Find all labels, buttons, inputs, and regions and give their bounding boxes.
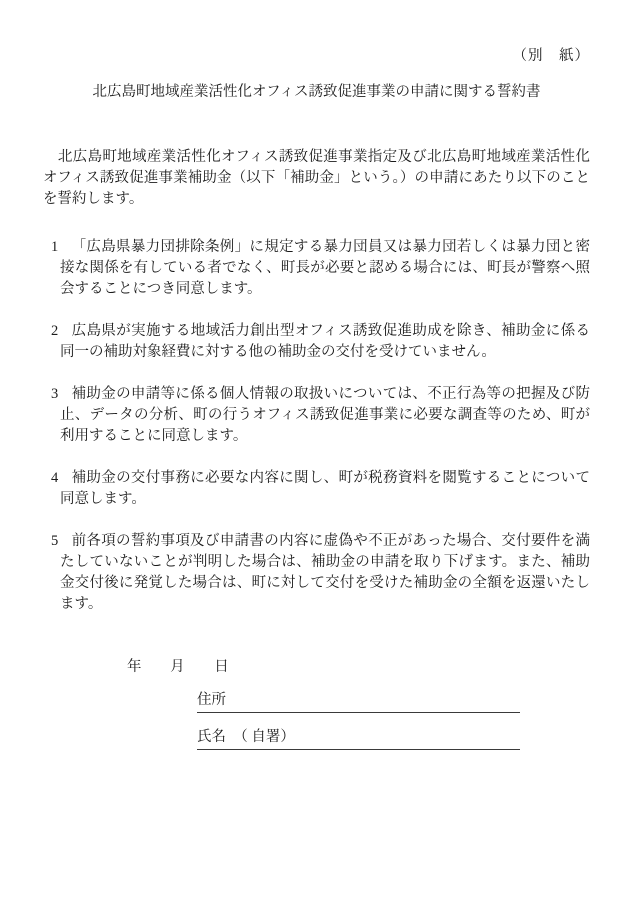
item-number: 3 <box>51 386 58 402</box>
intro-paragraph: 北広島町地域産業活性化オフィス誘致促進事業指定及び北広島町地域産業活性化オフィス… <box>43 147 590 210</box>
pledge-item-2: 2広島県が実施する地域活力創出型オフィス誘致促進助成を除き、補助金に係る同一の補… <box>60 321 590 363</box>
signature-section: 年 月 日 住所 氏名 （ 自署） <box>43 657 590 750</box>
item-text: 補助金の申請等に係る個人情報の取扱いについては、不正行為等の把握及び防止、データ… <box>60 386 590 444</box>
item-number: 2 <box>51 323 58 339</box>
day-label: 日 <box>214 659 229 675</box>
pledge-item-list: 1「広島県暴力団排除条例」に規定する暴力団員又は暴力団若しくは暴力団と密接な関係… <box>43 237 590 615</box>
item-number: 1 <box>51 239 58 255</box>
name-field-row: 氏名 （ 自署） <box>197 727 520 750</box>
item-number: 4 <box>51 470 58 486</box>
document-title: 北広島町地域産業活性化オフィス誘致促進事業の申請に関する誓約書 <box>43 82 590 103</box>
item-text: 前各項の誓約事項及び申請書の内容に虚偽や不正があった場合、交付要件を満たしていな… <box>60 533 590 612</box>
pledge-item-3: 3補助金の申請等に係る個人情報の取扱いについては、不正行為等の把握及び防止、デー… <box>60 384 590 447</box>
item-text: 「広島県暴力団排除条例」に規定する暴力団員又は暴力団若しくは暴力団と密接な関係を… <box>60 239 590 297</box>
corner-label: （別 紙） <box>43 46 590 67</box>
year-label: 年 <box>127 659 142 675</box>
name-label: 氏名 （ 自署） <box>197 729 295 745</box>
document-page: （別 紙） 北広島町地域産業活性化オフィス誘致促進事業の申請に関する誓約書 北広… <box>0 0 630 903</box>
pledge-item-1: 1「広島県暴力団排除条例」に規定する暴力団員又は暴力団若しくは暴力団と密接な関係… <box>60 237 590 300</box>
pledge-item-4: 4補助金の交付事務に必要な内容に関し、町が税務資料を閲覧することについて同意しま… <box>60 468 590 510</box>
month-label: 月 <box>170 659 185 675</box>
address-label: 住所 <box>197 692 226 708</box>
date-line: 年 月 日 <box>127 657 590 678</box>
pledge-item-5: 5前各項の誓約事項及び申請書の内容に虚偽や不正があった場合、交付要件を満たしてい… <box>60 531 590 615</box>
item-text: 補助金の交付事務に必要な内容に関し、町が税務資料を閲覧することについて同意します… <box>60 470 590 507</box>
address-field-row: 住所 <box>197 690 520 713</box>
item-text: 広島県が実施する地域活力創出型オフィス誘致促進助成を除き、補助金に係る同一の補助… <box>60 323 590 360</box>
item-number: 5 <box>51 533 58 549</box>
